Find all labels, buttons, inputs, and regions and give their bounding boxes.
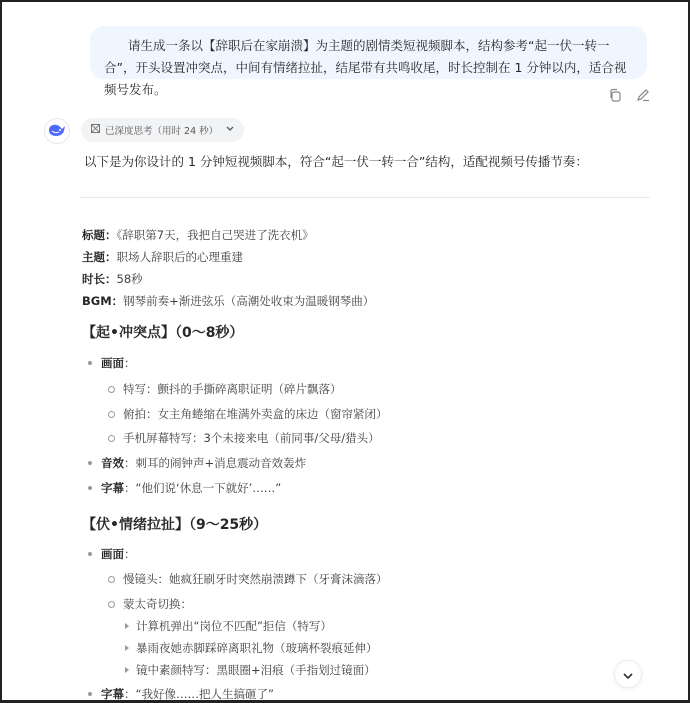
- list-subsubitem: 暴雨夜她赤脚踩碎离职礼物（玻璃杯裂痕延伸）: [136, 639, 378, 657]
- list-subitem: 俯拍：女主角蜷缩在堆满外卖盒的床边（窗帘紧闭）: [123, 405, 388, 423]
- chevron-down-icon: [622, 665, 634, 684]
- assistant-intro: 以下是为你设计的 1 分钟短视频脚本，符合“起一伏一转一合”结构，适配视频号传播…: [84, 152, 588, 172]
- section-title: 【伏•情绪拉扯】（9～25秒）: [82, 514, 267, 534]
- list-item: 字幕：“我好像……把人生搞砸了”: [101, 685, 274, 703]
- deep-think-toggle[interactable]: 已深度思考（用时 24 秒）: [81, 118, 244, 142]
- script-meta: 标题：《辞职第7天，我把自己哭进了洗衣机》 主题：职场人辞职后的心理重建 时长：…: [82, 224, 374, 312]
- list-subitem: 手机屏幕特写：3个未接来电（前同事/父母/猎头）: [123, 429, 380, 447]
- section-title: 【起•冲突点】（0～8秒）: [82, 322, 243, 342]
- list-subitem: 特写：颤抖的手撕碎离职证明（碎片飘落）: [123, 380, 342, 398]
- deep-think-icon: [91, 124, 100, 136]
- list-subitem: 慢镜头：她疯狂刷牙时突然崩溃蹲下（牙膏沫滴落）: [123, 570, 388, 588]
- edit-pencil-icon[interactable]: [635, 87, 651, 103]
- meta-theme: 主题：职场人辞职后的心理重建: [82, 246, 374, 268]
- scroll-to-bottom-button[interactable]: [614, 660, 642, 688]
- whale-logo-icon: [48, 122, 66, 141]
- deep-think-label: 已深度思考（用时 24 秒）: [105, 123, 218, 137]
- list-subsubitem: 镜中素颜特写：黑眼圈+泪痕（手指划过镜面）: [136, 661, 376, 679]
- chevron-down-icon: [226, 125, 234, 135]
- chat-window: 请生成一条以【辞职后在家崩溃】为主题的剧情类短视频脚本，结构参考“起一伏一转一合…: [0, 0, 690, 703]
- assistant-avatar: [44, 118, 70, 144]
- meta-title: 标题：《辞职第7天，我把自己哭进了洗衣机》: [82, 224, 374, 246]
- message-actions: [607, 87, 651, 103]
- list-item: 画面：: [101, 354, 136, 372]
- meta-bgm: BGM：钢琴前奏+渐进弦乐（高潮处收束为温暖钢琴曲）: [82, 290, 374, 312]
- list-item: 画面：: [101, 545, 136, 563]
- list-item: 字幕：“他们说‘休息一下就好’……”: [101, 479, 281, 497]
- list-subsubitem: 计算机弹出“岗位不匹配”拒信（特写）: [136, 617, 332, 635]
- user-message-bubble: 请生成一条以【辞职后在家崩溃】为主题的剧情类短视频脚本，结构参考“起一伏一转一合…: [90, 26, 647, 79]
- list-item: 音效：刺耳的闹钟声+消息震动音效轰炸: [101, 454, 306, 472]
- list-subitem: 蒙太奇切换：: [123, 595, 192, 613]
- meta-duration: 时长：58秒: [82, 268, 374, 290]
- copy-icon[interactable]: [607, 87, 623, 103]
- user-message-text: 请生成一条以【辞职后在家崩溃】为主题的剧情类短视频脚本，结构参考“起一伏一转一合…: [104, 38, 626, 97]
- divider: [80, 197, 650, 198]
